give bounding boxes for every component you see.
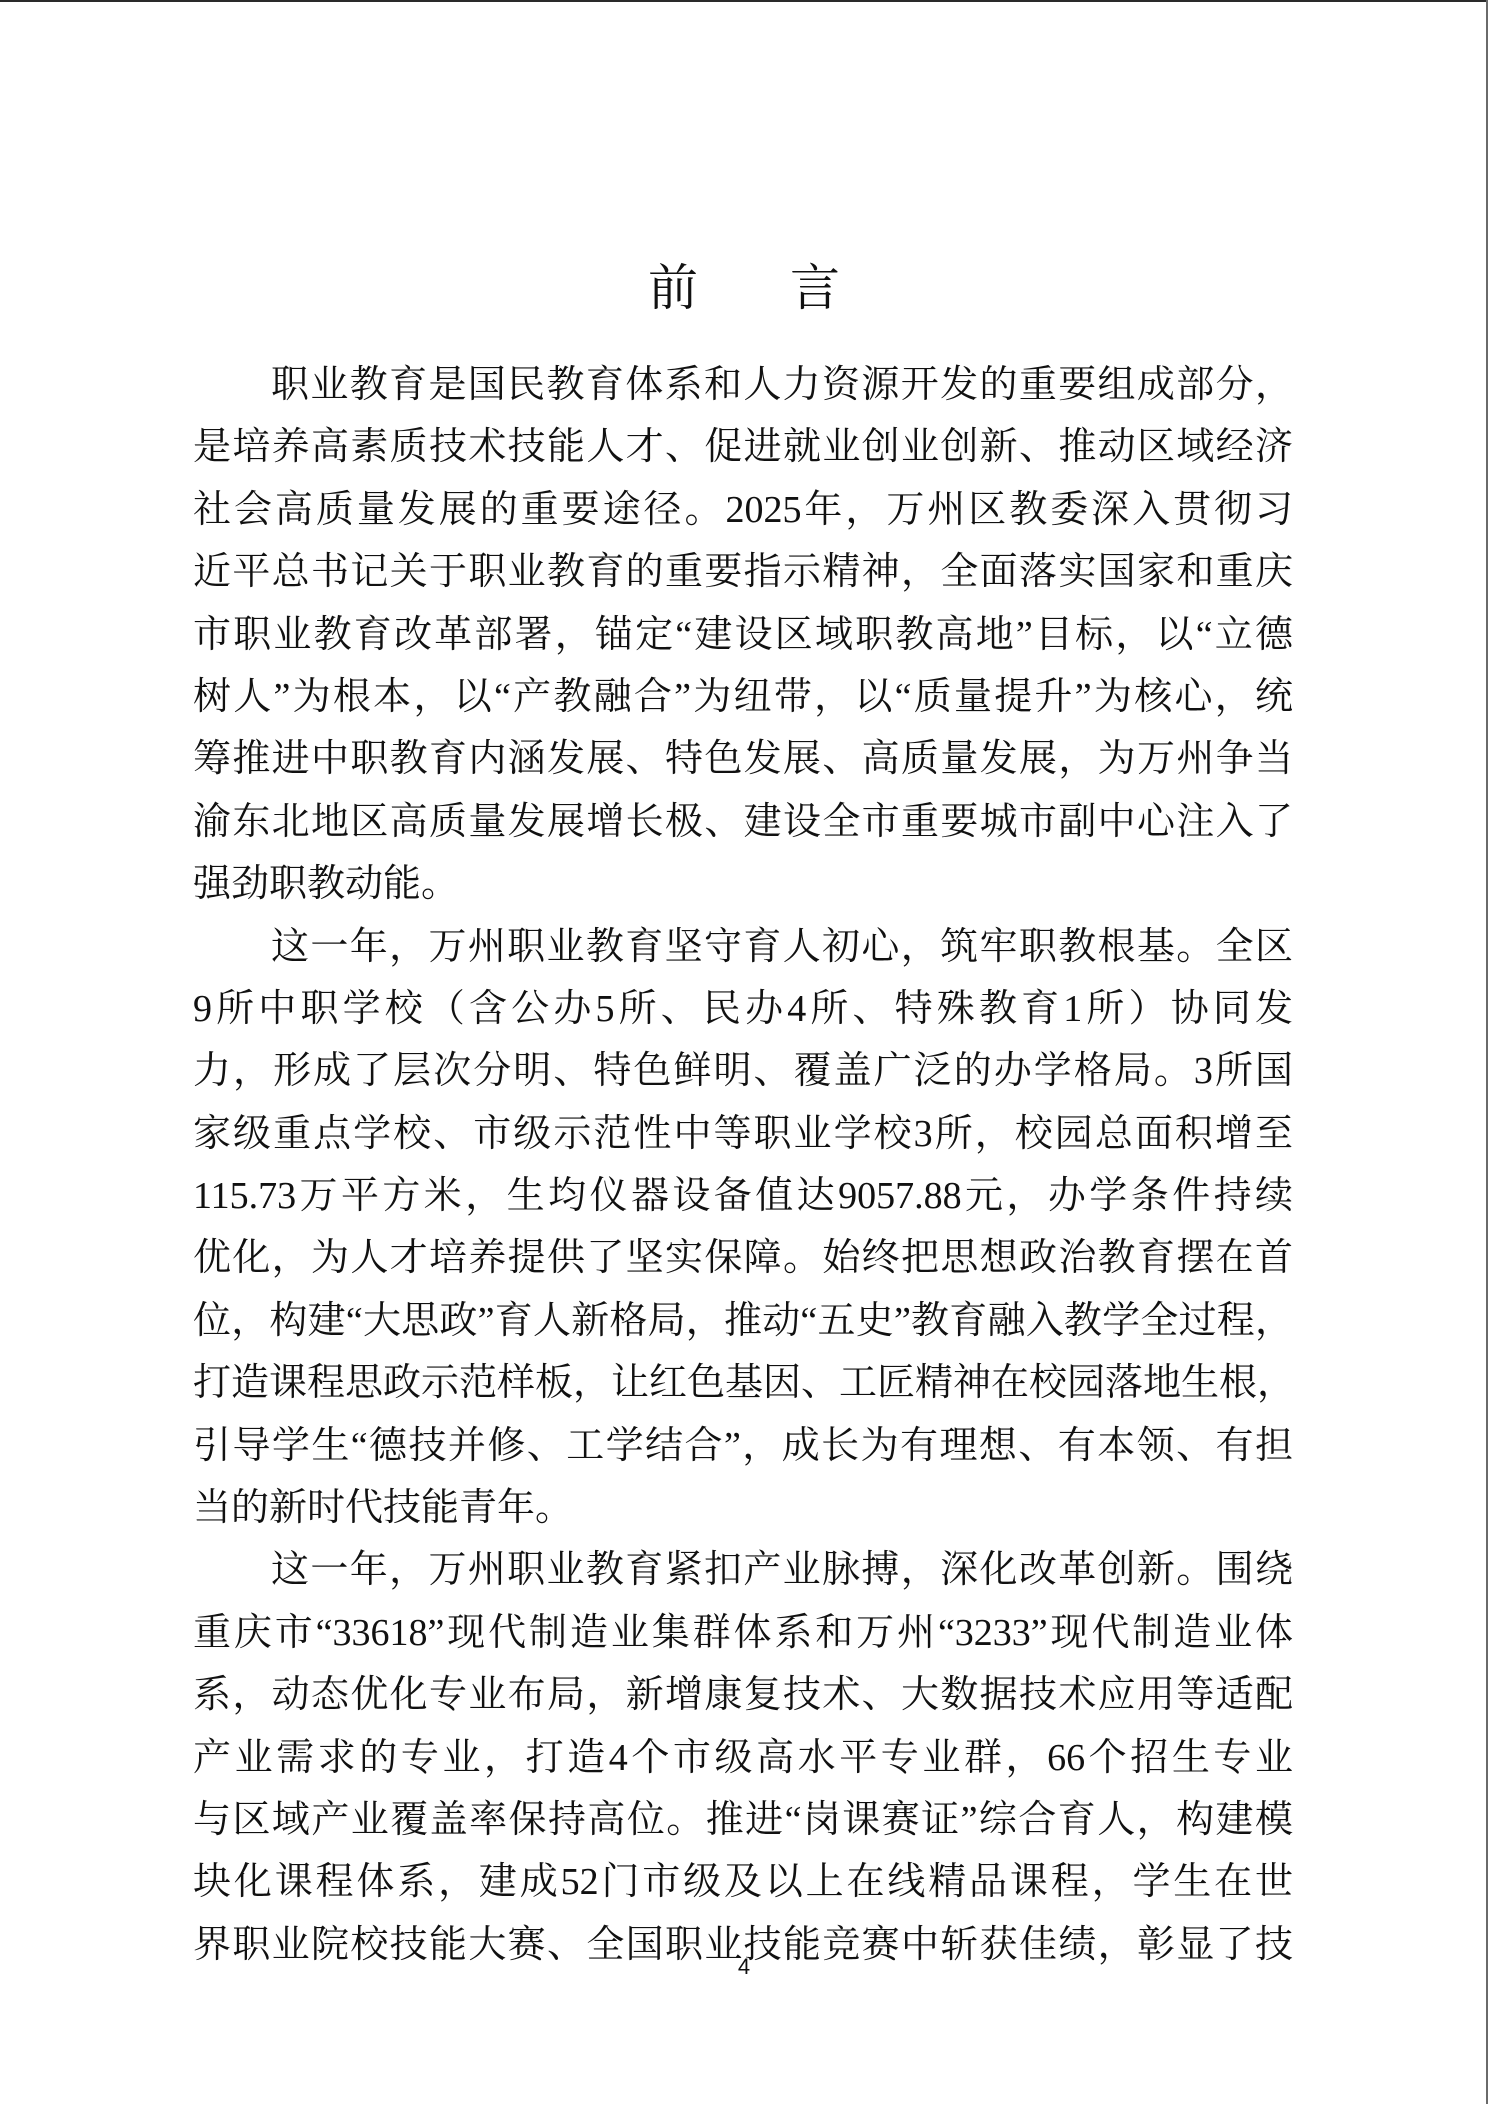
text-line: 筹推进中职教育内涵发展、特色发展、高质量发展，为万州争当	[193, 728, 1293, 790]
text-line: 这一年，万州职业教育紧扣产业脉搏，深化改革创新。围绕	[193, 1539, 1293, 1601]
title-char-1: 前	[648, 260, 698, 316]
text-line: 位，构建“大思政”育人新格局，推动“五史”教育融入教学全过程，	[193, 1290, 1293, 1352]
text-line: 这一年，万州职业教育坚守育人初心，筑牢职教根基。全区	[193, 916, 1293, 978]
text-line: 优化，为人才培养提供了坚实保障。始终把思想政治教育摆在首	[193, 1227, 1293, 1289]
text-line: 强劲职教动能。	[193, 853, 1293, 915]
page-title: 前言	[0, 256, 1488, 320]
text-line: 职业教育是国民教育体系和人力资源开发的重要组成部分，	[193, 354, 1293, 416]
title-char-2: 言	[790, 260, 840, 316]
text-line: 与区域产业覆盖率保持高位。推进“岗课赛证”综合育人，构建模	[193, 1789, 1293, 1851]
text-line: 115.73万平方米，生均仪器设备值达9057.88元，办学条件持续	[193, 1165, 1293, 1227]
text-line: 块化课程体系，建成52门市级及以上在线精品课程，学生在世	[193, 1851, 1293, 1913]
text-line: 打造课程思政示范样板，让红色基因、工匠精神在校园落地生根，	[193, 1352, 1293, 1414]
text-line: 是培养高素质技术技能人才、促进就业创业创新、推动区域经济	[193, 416, 1293, 478]
text-line: 近平总书记关于职业教育的重要指示精神，全面落实国家和重庆	[193, 541, 1293, 603]
page-number: 4	[0, 1952, 1488, 1982]
text-line: 重庆市“33618”现代制造业集群体系和万州“3233”现代制造业体	[193, 1602, 1293, 1664]
text-line: 引导学生“德技并修、工学结合”，成长为有理想、有本领、有担	[193, 1415, 1293, 1477]
paragraph-3: 这一年，万州职业教育紧扣产业脉搏，深化改革创新。围绕 重庆市“33618”现代制…	[193, 1539, 1293, 1976]
text-line: 9所中职学校（含公办5所、民办4所、特殊教育1所）协同发	[193, 978, 1293, 1040]
text-line: 社会高质量发展的重要途径。2025年，万州区教委深入贯彻习	[193, 479, 1293, 541]
text-line: 树人”为根本，以“产教融合”为纽带，以“质量提升”为核心，统	[193, 666, 1293, 728]
text-line: 市职业教育改革部署，锚定“建设区域职教高地”目标，以“立德	[193, 604, 1293, 666]
text-line: 家级重点学校、市级示范性中等职业学校3所，校园总面积增至	[193, 1103, 1293, 1165]
text-line: 系，动态优化专业布局，新增康复技术、大数据技术应用等适配	[193, 1664, 1293, 1726]
text-line: 渝东北地区高质量发展增长极、建设全市重要城市副中心注入了	[193, 791, 1293, 853]
document-page: 前言 职业教育是国民教育体系和人力资源开发的重要组成部分， 是培养高素质技术技能…	[0, 0, 1488, 2104]
text-line: 力，形成了层次分明、特色鲜明、覆盖广泛的办学格局。3所国	[193, 1040, 1293, 1102]
text-line: 产业需求的专业，打造4个市级高水平专业群，66个招生专业	[193, 1727, 1293, 1789]
paragraph-1: 职业教育是国民教育体系和人力资源开发的重要组成部分， 是培养高素质技术技能人才、…	[193, 354, 1293, 916]
paragraph-2: 这一年，万州职业教育坚守育人初心，筑牢职教根基。全区 9所中职学校（含公办5所、…	[193, 916, 1293, 1540]
document-body: 职业教育是国民教育体系和人力资源开发的重要组成部分， 是培养高素质技术技能人才、…	[193, 354, 1293, 1976]
text-line: 当的新时代技能青年。	[193, 1477, 1293, 1539]
